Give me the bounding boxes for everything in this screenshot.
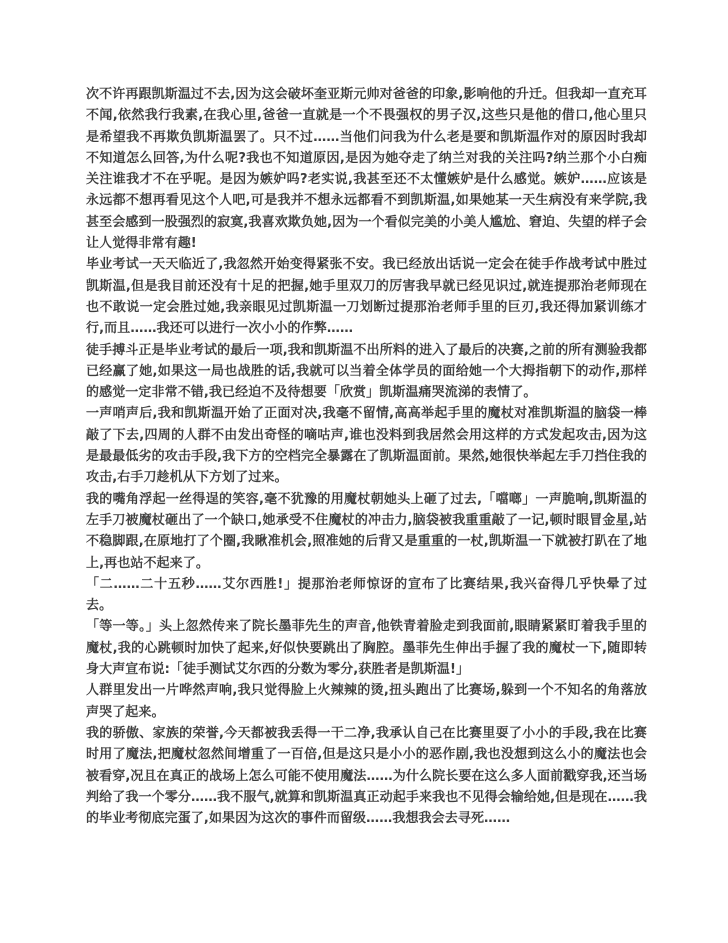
paragraph-8: 人群里发出一片哗然声响,我只觉得脸上火辣辣的烫,扭头跑出了比赛场,躲到一个不知名… [86, 680, 647, 723]
paragraph-9: 我的骄傲、家族的荣誉,今天都被我丢得一干二净,我承认自己在比赛里耍了小小的手段,… [86, 723, 647, 829]
paragraph-4: 一声哨声后,我和凯斯温开始了正面对决,我毫不留情,高高举起手里的魔杖对准凯斯温的… [86, 403, 647, 488]
paragraph-5: 我的嘴角浮起一丝得逞的笑容,毫不犹豫的用魔杖朝她头上砸了过去,「噹啷」一声脆响,… [86, 489, 647, 574]
paragraph-3: 徒手搏斗正是毕业考试的最后一项,我和凯斯温不出所料的进入了最后的决赛,之前的所有… [86, 340, 647, 404]
paragraph-6: 「二……二十五秒……艾尔西胜!」提那治老师惊讶的宣布了比赛结果,我兴奋得几乎快晕… [86, 574, 647, 617]
text-block: 次不许再跟凯斯温过不去,因为这会破坏奎亚斯元帅对爸爸的印象,影响他的升迁。但我却… [86, 84, 647, 829]
paragraph-2: 毕业考试一天天临近了,我忽然开始变得紧张不安。我已经放出话说一定会在徒手作战考试… [86, 254, 647, 339]
document-page: 次不许再跟凯斯温过不去,因为这会破坏奎亚斯元帅对爸爸的印象,影响他的升迁。但我却… [0, 0, 728, 943]
paragraph-7: 「等一等。」头上忽然传来了院长墨菲先生的声音,他铁青着脸走到我面前,眼睛紧紧盯着… [86, 616, 647, 680]
paragraph-1: 次不许再跟凯斯温过不去,因为这会破坏奎亚斯元帅对爸爸的印象,影响他的升迁。但我却… [86, 84, 647, 254]
